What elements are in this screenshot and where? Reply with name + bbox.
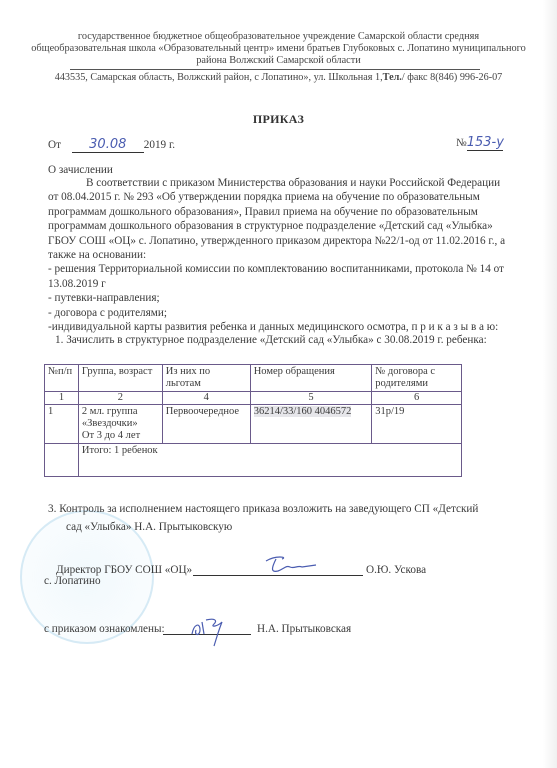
order-number: №153-у xyxy=(456,136,503,151)
header-cell: Номер обращения xyxy=(250,365,372,392)
acquainted-label: с приказом ознакомлены: xyxy=(44,622,165,636)
request-number: 36214/33/160 4046572 xyxy=(254,406,352,417)
body-line: от 08.04.2015 г. № 293 «Об утверждении п… xyxy=(48,190,505,204)
header-cell: Группа, возраст xyxy=(78,365,162,392)
document-title: ПРИКАЗ xyxy=(0,112,557,127)
order-item-1: 1. Зачислить в структурное подразделение… xyxy=(55,333,487,347)
date-suffix: 2019 г. xyxy=(144,139,175,151)
number-cell: 4 xyxy=(162,392,250,405)
number-handwritten: 153-у xyxy=(467,135,504,150)
body-line: программам дошкольного образования в стр… xyxy=(48,219,505,233)
table-row: 1 2 мл. группа «Звездочки» От 3 до 4 лет… xyxy=(45,405,462,444)
date-handwritten: 30.08 xyxy=(89,137,126,152)
address-prefix: 443535, Самарская область, Волжский райо… xyxy=(55,72,383,83)
benefit-cell: Первоочередное xyxy=(162,405,250,444)
header-rule xyxy=(70,69,480,70)
number-cell: 1 xyxy=(45,392,79,405)
body-line: также на основании: xyxy=(48,248,505,262)
group-line: «Звездочки» xyxy=(82,418,159,430)
order-body: В соответствии с приказом Министерства о… xyxy=(48,176,505,334)
number-cell: 2 xyxy=(78,392,162,405)
org-name-line-2: общеобразовательная школа «Образовательн… xyxy=(0,43,557,55)
date-field: 30.08 xyxy=(72,138,144,153)
director-signature-icon xyxy=(262,553,322,579)
request-number-cell: 36214/33/160 4046572 xyxy=(250,405,372,444)
control-line-1: 3. Контроль за исполнением настоящего пр… xyxy=(48,502,478,516)
director-place: с. Лопатино xyxy=(44,574,101,588)
total-cell: Итого: 1 ребенок xyxy=(78,444,461,477)
total-empty-cell xyxy=(45,444,79,477)
org-name-line-1: государственное бюджетное общеобразовате… xyxy=(0,31,557,43)
control-line-2: сад «Улыбка» Н.А. Прытыковскую xyxy=(66,520,232,534)
org-address: 443535, Самарская область, Волжский райо… xyxy=(0,72,557,83)
header-cell: № договора с родителями xyxy=(372,365,462,392)
director-name: О.Ю. Ускова xyxy=(366,563,426,577)
table-number-row: 1 2 4 5 6 xyxy=(45,392,462,405)
header-cell: Из них по льготам xyxy=(162,365,250,392)
number-field: 153-у xyxy=(467,136,503,151)
order-date: От 30.082019 г. xyxy=(48,138,175,153)
table-total-row: Итого: 1 ребенок xyxy=(45,444,462,477)
date-prefix: От xyxy=(48,139,61,151)
table-header-row: №п/п Группа, возраст Из них по льготам Н… xyxy=(45,365,462,392)
body-line: программам дошкольного образования», Пра… xyxy=(48,205,505,219)
number-cell: 6 xyxy=(372,392,462,405)
enrollment-table: №п/п Группа, возраст Из них по льготам Н… xyxy=(44,364,462,477)
header-cell: №п/п xyxy=(45,365,79,392)
body-line: 13.08.2019 г xyxy=(48,277,505,291)
address-suffix: / факс 8(846) 996-26-07 xyxy=(402,72,502,83)
contract-cell: 31р/19 xyxy=(372,405,462,444)
acquainted-name: Н.А. Прытыковская xyxy=(257,622,351,636)
body-line: В соответствии с приказом Министерства о… xyxy=(48,176,505,190)
body-line: - решения Территориальной комиссии по ко… xyxy=(48,262,505,276)
group-cell: 2 мл. группа «Звездочки» От 3 до 4 лет xyxy=(78,405,162,444)
number-label: № xyxy=(456,137,467,149)
body-line: ГБОУ СОШ «ОЦ» с. Лопатино, утвержденного… xyxy=(48,234,505,248)
row-num-cell: 1 xyxy=(45,405,79,444)
acquainted-signature-icon xyxy=(188,614,238,648)
group-line: От 3 до 4 лет xyxy=(82,430,159,442)
group-line: 2 мл. группа xyxy=(82,406,159,418)
body-line: - путевки-направления; xyxy=(48,291,505,305)
body-line: - договора с родителями; xyxy=(48,306,505,320)
address-tel-label: Тел. xyxy=(383,72,402,83)
org-name-line-3: района Волжский Самарской области xyxy=(0,55,557,67)
number-cell: 5 xyxy=(250,392,372,405)
